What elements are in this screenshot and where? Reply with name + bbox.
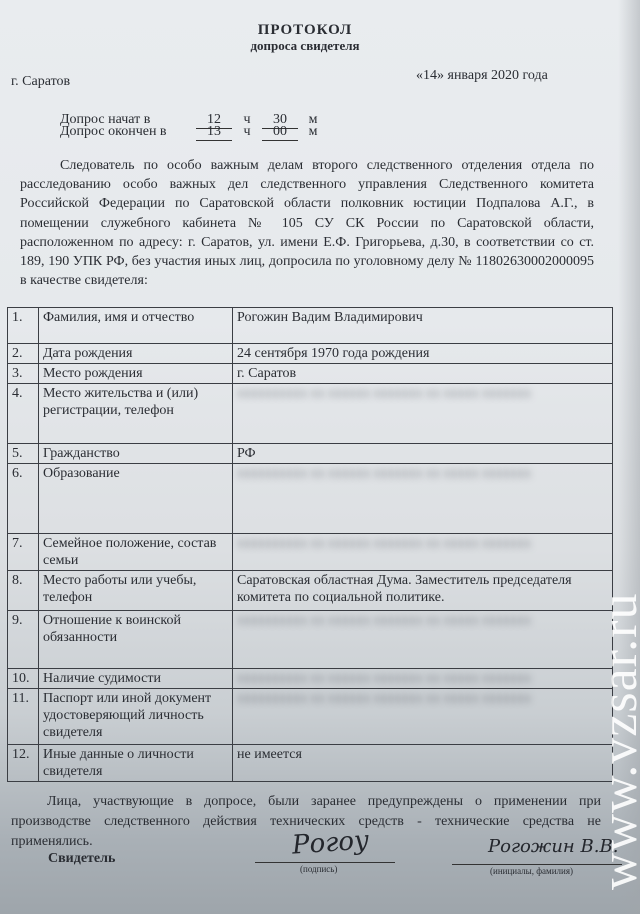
redacted-value: xxxxxxxxxx xx xxxxxx xxxxxxx xx xxxxx xx…: [233, 689, 613, 745]
row-number: 11.: [8, 689, 39, 745]
witness-signature: Рогоу: [291, 825, 370, 860]
intro-paragraph: Следователь по особо важным делам второг…: [20, 156, 594, 290]
name-caption: (инициалы, фамилия): [490, 866, 573, 876]
redacted-value: xxxxxxxxxx xx xxxxxx xxxxxxx xx xxxxx xx…: [233, 534, 613, 571]
redaction-blur: xxxxxxxxxx xx xxxxxx xxxxxxx xx xxxxx xx…: [237, 612, 608, 629]
signature-line: [255, 862, 395, 863]
row-number: 2.: [8, 344, 39, 364]
site-watermark: www.vzsar.ru: [590, 593, 640, 890]
hour-unit: ч: [232, 124, 262, 140]
table-row: 12.Иные данные о личности свидетеляне им…: [8, 745, 613, 782]
field-label: Гражданство: [39, 444, 233, 464]
redaction-blur: xxxxxxxxxx xx xxxxxx xxxxxxx xx xxxxx xx…: [237, 690, 608, 707]
field-value: Саратовская областная Дума. Заместитель …: [233, 571, 613, 611]
field-value: Рогожин Вадим Владимирович: [233, 308, 613, 344]
redaction-blur: xxxxxxxxxx xx xxxxxx xxxxxxx xx xxxxx xx…: [237, 535, 608, 552]
end-minutes: 00: [262, 124, 298, 141]
city: г. Саратов: [11, 74, 70, 90]
row-number: 10.: [8, 669, 39, 689]
row-number: 5.: [8, 444, 39, 464]
signature-caption: (подпись): [300, 864, 337, 874]
row-number: 12.: [8, 745, 39, 782]
field-label: Паспорт или иной документ удостоверяющий…: [39, 689, 233, 745]
field-label: Место жительства и (или) регистрации, те…: [39, 384, 233, 444]
table-row: 10.Наличие судимостиxxxxxxxxxx xx xxxxxx…: [8, 669, 613, 689]
document-title: ПРОТОКОЛ: [0, 22, 610, 39]
row-number: 4.: [8, 384, 39, 444]
table-row: 5.ГражданствоРФ: [8, 444, 613, 464]
row-number: 8.: [8, 571, 39, 611]
document-subtitle: допроса свидетеля: [0, 38, 610, 54]
table-row: 9.Отношение к воинской обязанностиxxxxxx…: [8, 611, 613, 669]
field-label: Иные данные о личности свидетеля: [39, 745, 233, 782]
row-number: 9.: [8, 611, 39, 669]
field-label: Фамилия, имя и отчество: [39, 308, 233, 344]
field-label: Семейное положение, состав семьи: [39, 534, 233, 571]
redaction-blur: xxxxxxxxxx xx xxxxxx xxxxxxx xx xxxxx xx…: [237, 670, 608, 687]
row-number: 3.: [8, 364, 39, 384]
table-row: 11.Паспорт или иной документ удостоверяю…: [8, 689, 613, 745]
redaction-blur: xxxxxxxxxx xx xxxxxx xxxxxxx xx xxxxx xx…: [237, 385, 608, 402]
witness-label: Свидетель: [48, 851, 115, 867]
end-hours: 13: [196, 124, 232, 141]
table-row: 3.Место рожденияг. Саратов: [8, 364, 613, 384]
field-value: г. Саратов: [233, 364, 613, 384]
end-time-label: Допрос окончен в: [60, 124, 196, 140]
end-time: Допрос окончен в 13 ч 00 м: [60, 124, 328, 141]
field-label: Место работы или учебы, телефон: [39, 571, 233, 611]
redaction-blur: xxxxxxxxxx xx xxxxxx xxxxxxx xx xxxxx xx…: [237, 465, 608, 482]
table-row: 6.Образованиеxxxxxxxxxx xx xxxxxx xxxxxx…: [8, 464, 613, 534]
field-label: Образование: [39, 464, 233, 534]
field-label: Наличие судимости: [39, 669, 233, 689]
witness-data-table: 1.Фамилия, имя и отчествоРогожин Вадим В…: [7, 307, 613, 782]
redacted-value: xxxxxxxxxx xx xxxxxx xxxxxxx xx xxxxx xx…: [233, 669, 613, 689]
redacted-value: xxxxxxxxxx xx xxxxxx xxxxxxx xx xxxxx xx…: [233, 384, 613, 444]
document-date: «14» января 2020 года: [416, 68, 548, 84]
table-row: 1.Фамилия, имя и отчествоРогожин Вадим В…: [8, 308, 613, 344]
row-number: 1.: [8, 308, 39, 344]
field-label: Дата рождения: [39, 344, 233, 364]
table-row: 7.Семейное положение, состав семьиxxxxxx…: [8, 534, 613, 571]
redacted-value: xxxxxxxxxx xx xxxxxx xxxxxxx xx xxxxx xx…: [233, 611, 613, 669]
field-label: Отношение к воинской обязанности: [39, 611, 233, 669]
field-label: Место рождения: [39, 364, 233, 384]
table-row: 4.Место жительства и (или) регистрации, …: [8, 384, 613, 444]
row-number: 6.: [8, 464, 39, 534]
table-row: 2.Дата рождения24 сентября 1970 года рож…: [8, 344, 613, 364]
table-row: 8.Место работы или учебы, телефонСаратов…: [8, 571, 613, 611]
field-value: не имеется: [233, 745, 613, 782]
field-value: 24 сентября 1970 года рождения: [233, 344, 613, 364]
row-number: 7.: [8, 534, 39, 571]
minute-unit: м: [298, 124, 328, 140]
redacted-value: xxxxxxxxxx xx xxxxxx xxxxxxx xx xxxxx xx…: [233, 464, 613, 534]
field-value: РФ: [233, 444, 613, 464]
